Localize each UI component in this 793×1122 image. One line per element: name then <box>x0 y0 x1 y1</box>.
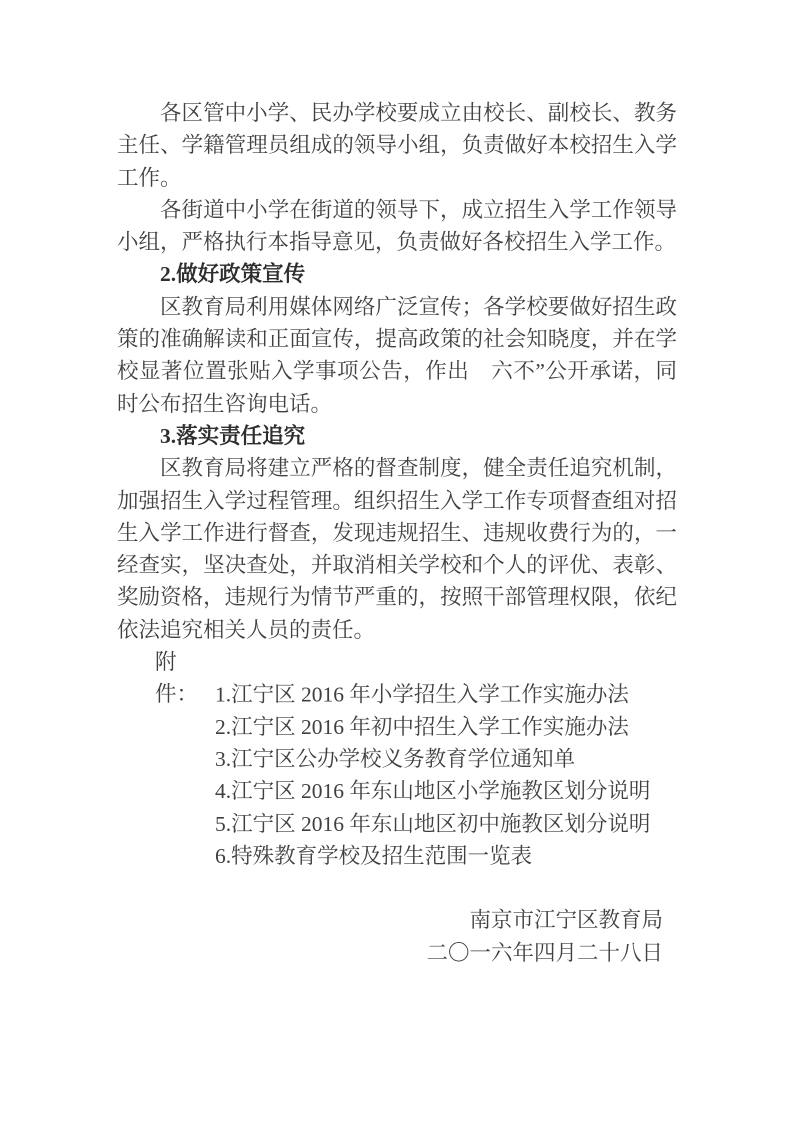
attachment-item: 3.江宁区公办学校义务教育学位通知单 <box>117 743 677 775</box>
paragraph-street-group: 各街道中小学在街道的领导下，成立招生入学工作领导小组，严格执行本指导意见，负责做… <box>117 194 677 259</box>
attachment-item: 6.特殊教育学校及招生范围一览表 <box>117 840 677 872</box>
attachment-item: 1.江宁区 2016 年小学招生入学工作实施办法 <box>215 682 629 706</box>
document-body: 各区管中小学、民办学校要成立由校长、副校长、教务主任、学籍管理员组成的领导小组，… <box>117 97 677 969</box>
attachments-label: 附件： <box>155 646 215 711</box>
paragraph-accountability: 区教育局将建立严格的督查制度，健全责任追究机制，加强招生入学过程管理。组织招生入… <box>117 452 677 646</box>
signature-organization: 南京市江宁区教育局 <box>117 904 663 936</box>
paragraph-leading-group: 各区管中小学、民办学校要成立由校长、副校长、教务主任、学籍管理员组成的领导小组，… <box>117 97 677 194</box>
attachment-item: 4.江宁区 2016 年东山地区小学施教区划分说明 <box>117 775 677 807</box>
signature-block: 南京市江宁区教育局 二〇一六年四月二十八日 <box>117 904 677 969</box>
attachment-row: 附件：1.江宁区 2016 年小学招生入学工作实施办法 <box>117 646 677 711</box>
signature-date: 二〇一六年四月二十八日 <box>117 937 663 969</box>
document-page: 各区管中小学、民办学校要成立由校长、副校长、教务主任、学籍管理员组成的领导小组，… <box>0 0 793 1122</box>
attachment-item: 2.江宁区 2016 年初中招生入学工作实施办法 <box>117 711 677 743</box>
attachments-block: 附件：1.江宁区 2016 年小学招生入学工作实施办法 2.江宁区 2016 年… <box>117 646 677 872</box>
section-heading-policy-publicity: 2.做好政策宣传 <box>117 258 677 290</box>
section-heading-accountability: 3.落实责任追究 <box>117 420 677 452</box>
paragraph-policy-publicity: 区教育局利用媒体网络广泛宣传；各学校要做好招生政策的准确解读和正面宣传，提高政策… <box>117 291 677 420</box>
attachment-item: 5.江宁区 2016 年东山地区初中施教区划分说明 <box>117 808 677 840</box>
